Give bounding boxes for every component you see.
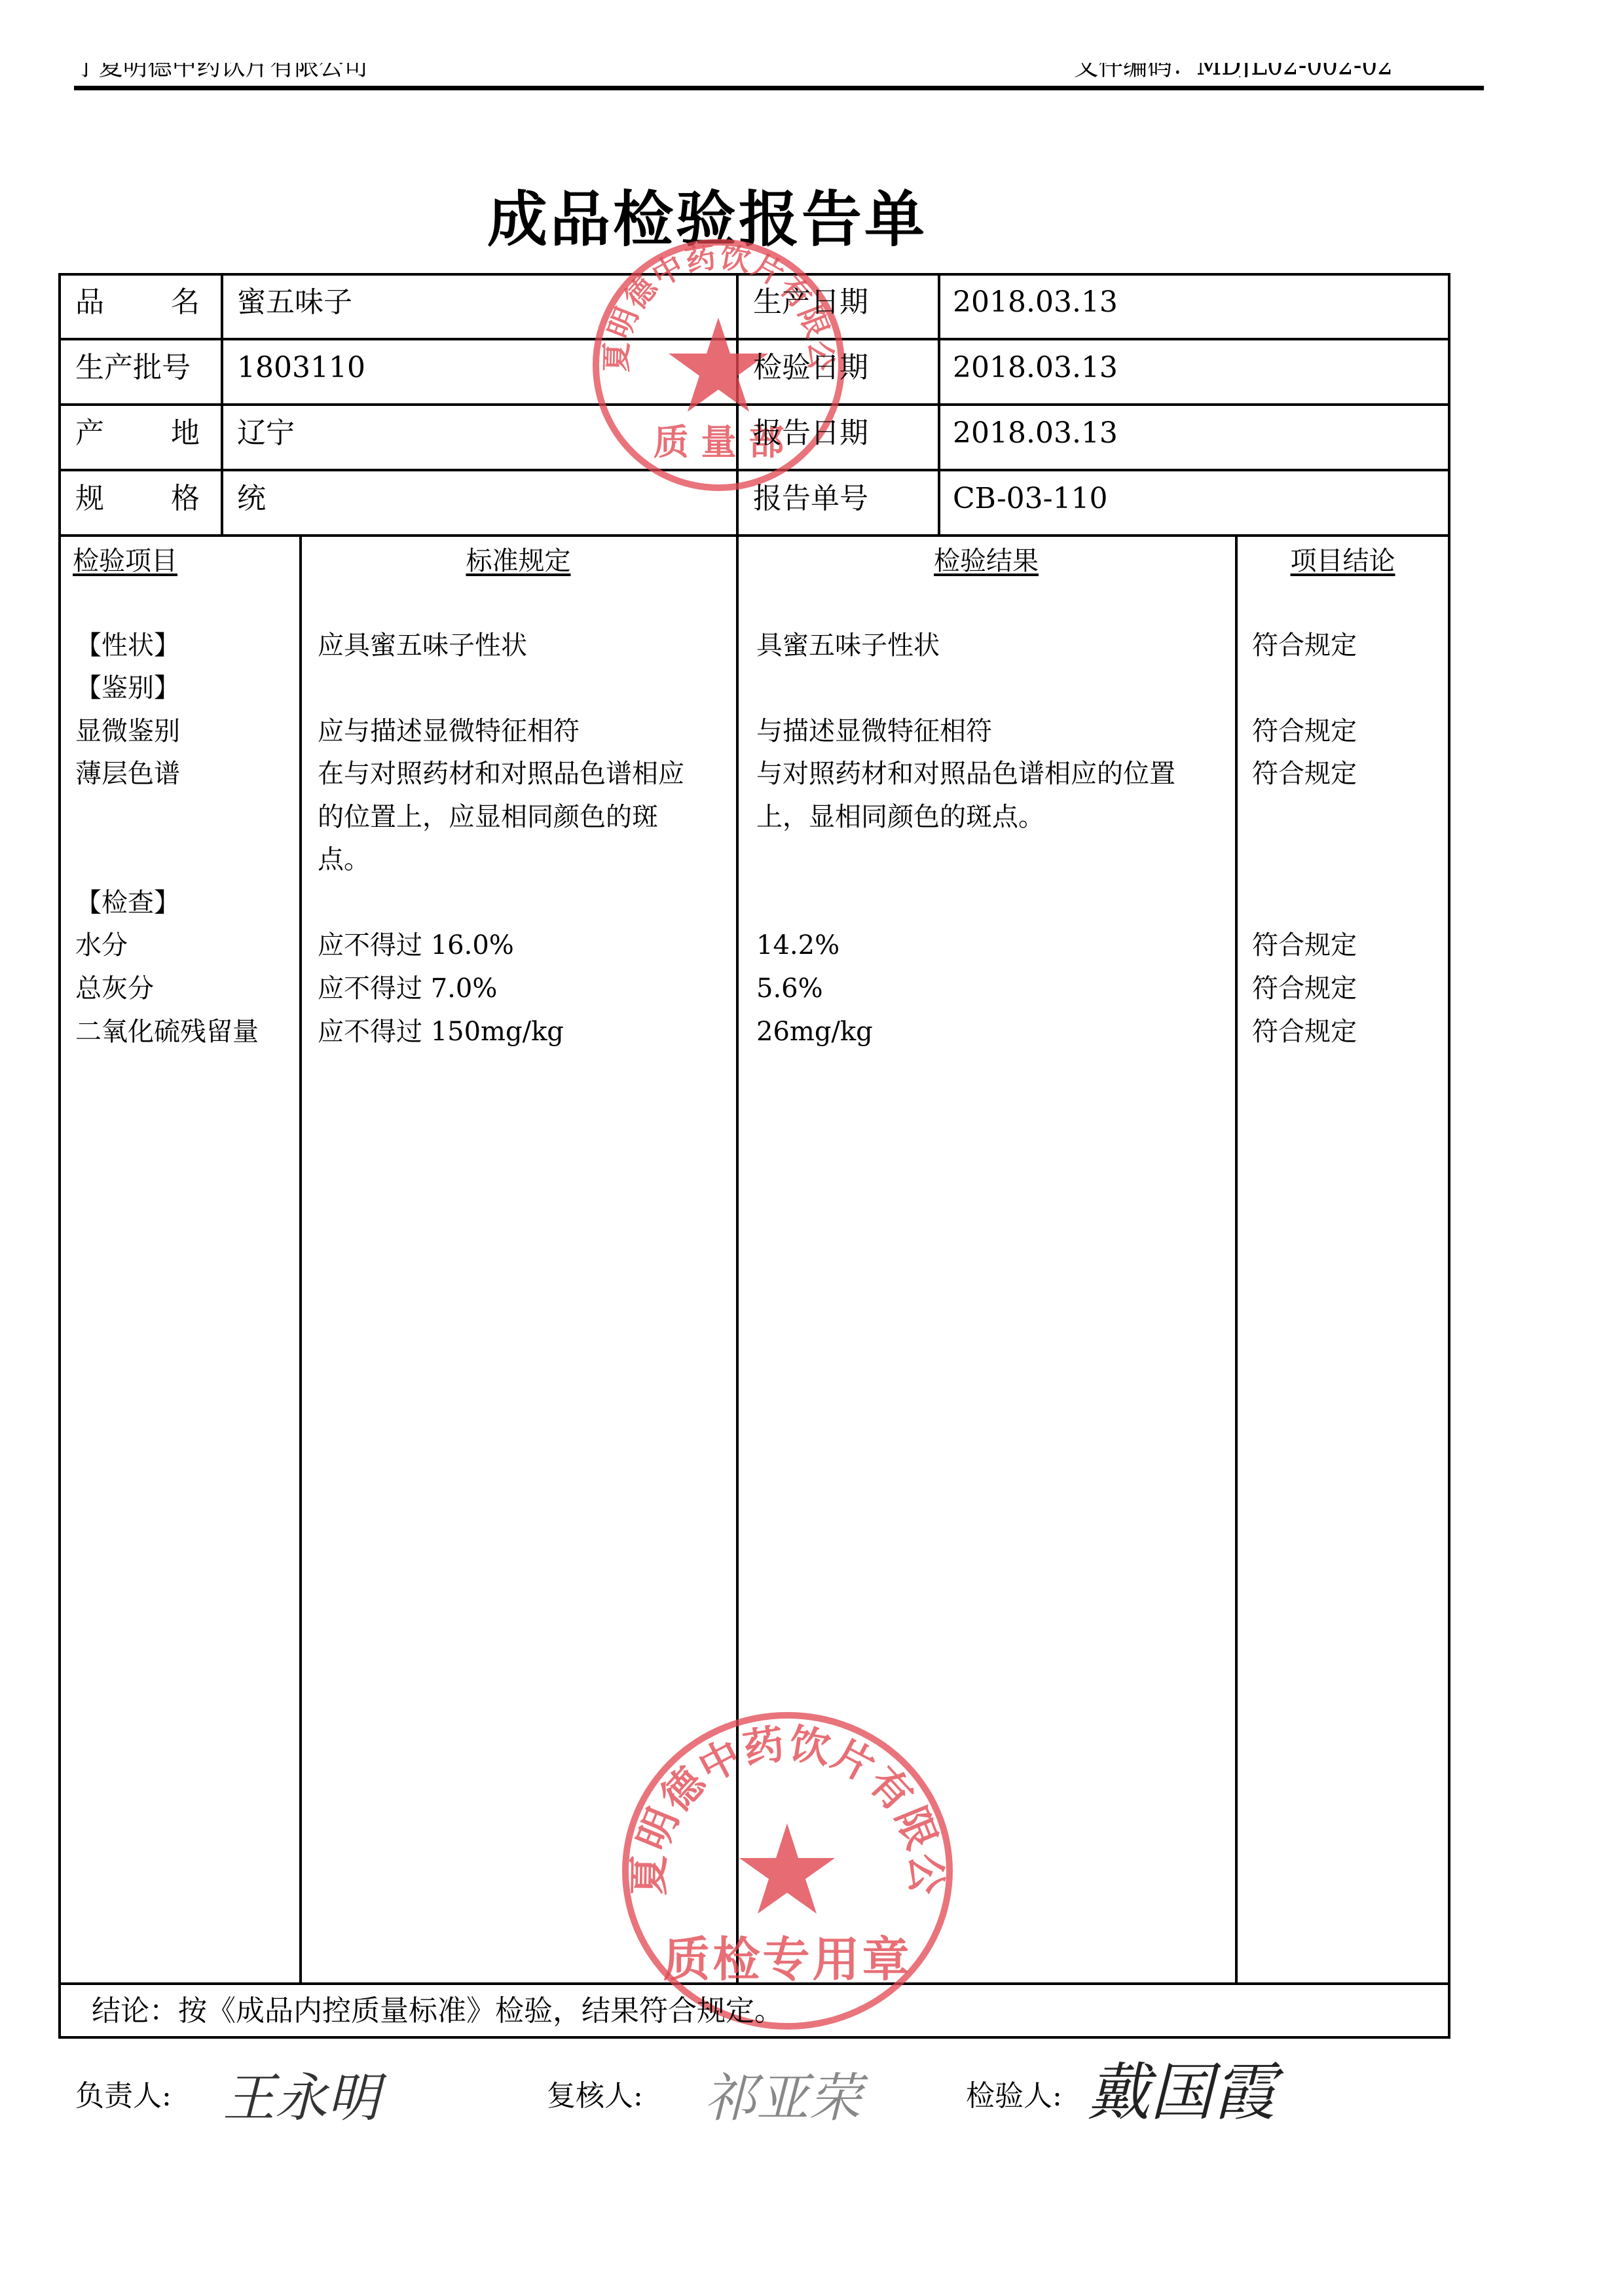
info-label-char: 地 bbox=[171, 419, 200, 448]
info-label: 规格 bbox=[75, 484, 200, 513]
test-standard: 应具蜜五味子性状 bbox=[318, 632, 527, 659]
test-result: 与描述显微特征相符 bbox=[756, 718, 992, 744]
overall-conclusion: 结论：按《成品内控质量标准》检验，结果符合规定。 bbox=[92, 1997, 783, 2026]
test-standard: 应与描述显微特征相符 bbox=[318, 718, 580, 744]
info-label-char: 格 bbox=[171, 484, 200, 513]
info-value: CB-03-110 bbox=[953, 484, 1108, 513]
info-label-char: 品 bbox=[75, 288, 104, 317]
test-item: 显微鉴别 bbox=[75, 718, 180, 744]
info-label: 生产日期 bbox=[753, 288, 868, 317]
test-item: 水分 bbox=[75, 932, 128, 958]
info-value: 辽宁 bbox=[237, 419, 295, 448]
test-standard: 应不得过 16.0% bbox=[318, 932, 514, 958]
col-divider bbox=[299, 534, 302, 1985]
col-header-result: 检验结果 bbox=[737, 547, 1235, 575]
col-header-conclusion: 项目结论 bbox=[1236, 547, 1449, 575]
test-result: 具蜜五味子性状 bbox=[756, 632, 940, 659]
company-name: 宁夏明德中药饮片有限公司 bbox=[74, 51, 368, 77]
info-label: 生产批号 bbox=[75, 354, 191, 382]
inspector-signature: 戴国霞 bbox=[1087, 2043, 1276, 2132]
col-header-standard: 标准规定 bbox=[301, 547, 736, 575]
test-result: 与对照药材和对照品色谱相应的位置 bbox=[756, 761, 1175, 787]
test-result: 14.2% bbox=[756, 932, 840, 958]
test-conclusion: 符合规定 bbox=[1252, 632, 1357, 659]
col-divider bbox=[1235, 534, 1238, 1985]
col-divider bbox=[221, 273, 223, 536]
test-standard: 应不得过 150mg/kg bbox=[318, 1019, 564, 1045]
test-conclusion: 符合规定 bbox=[1252, 932, 1357, 958]
document-code: 文件编码：MDJL02-002-02 bbox=[1074, 51, 1393, 77]
test-standard: 的位置上，应显相同颜色的斑 bbox=[318, 804, 658, 830]
table-border-bottom bbox=[58, 2036, 1450, 2039]
table-border-left bbox=[58, 273, 61, 2039]
info-value: 2018.03.13 bbox=[953, 288, 1118, 317]
info-value: 蜜五味子 bbox=[237, 288, 352, 317]
row-divider bbox=[60, 534, 1450, 537]
test-conclusion: 符合规定 bbox=[1252, 1019, 1357, 1045]
info-label: 检验日期 bbox=[753, 354, 868, 382]
col-divider bbox=[938, 273, 940, 536]
info-label-char: 产 bbox=[75, 419, 104, 448]
qc-stamp: 宁夏明德中药饮片有限公司 质检专用章 bbox=[622, 1712, 953, 2030]
info-value: 1803110 bbox=[237, 354, 365, 382]
test-item: 总灰分 bbox=[75, 975, 154, 1002]
header-divider bbox=[74, 86, 1484, 90]
test-standard: 点。 bbox=[318, 847, 370, 873]
test-item: 【鉴别】 bbox=[75, 675, 180, 701]
test-item: 【检查】 bbox=[75, 890, 180, 916]
stamp-center-text: 质检专用章 bbox=[629, 1922, 946, 1990]
info-value: 统 bbox=[237, 484, 266, 513]
test-result: 5.6% bbox=[756, 975, 823, 1002]
test-conclusion: 符合规定 bbox=[1252, 718, 1357, 744]
inspector-label: 检验人: bbox=[966, 2082, 1062, 2111]
responsible-label: 负责人: bbox=[75, 2082, 172, 2111]
responsible-signature: 王永明 bbox=[223, 2056, 380, 2131]
info-value: 2018.03.13 bbox=[953, 354, 1118, 382]
test-result: 上，显相同颜色的斑点。 bbox=[756, 804, 1044, 830]
info-label: 品名 bbox=[75, 288, 200, 317]
test-standard: 应不得过 7.0% bbox=[318, 975, 497, 1002]
test-conclusion: 符合规定 bbox=[1252, 761, 1357, 787]
info-label: 报告单号 bbox=[753, 484, 868, 513]
reviewer-label: 复核人: bbox=[547, 2082, 643, 2111]
test-conclusion: 符合规定 bbox=[1252, 975, 1357, 1002]
table-border-right bbox=[1448, 273, 1450, 2039]
test-item: 薄层色谱 bbox=[75, 761, 180, 787]
test-result: 26mg/kg bbox=[756, 1019, 873, 1045]
test-standard: 在与对照药材和对照品色谱相应 bbox=[318, 761, 684, 787]
col-header-item: 检验项目 bbox=[60, 547, 191, 575]
test-item: 二氧化硫残留量 bbox=[75, 1019, 259, 1045]
info-label-char: 名 bbox=[171, 288, 200, 317]
test-item: 【性状】 bbox=[75, 632, 180, 659]
info-label: 报告日期 bbox=[753, 419, 868, 448]
reviewer-signature: 祁亚荣 bbox=[704, 2056, 861, 2131]
info-label: 产地 bbox=[75, 419, 200, 448]
info-label-char: 规 bbox=[75, 484, 104, 513]
info-value: 2018.03.13 bbox=[953, 419, 1118, 448]
